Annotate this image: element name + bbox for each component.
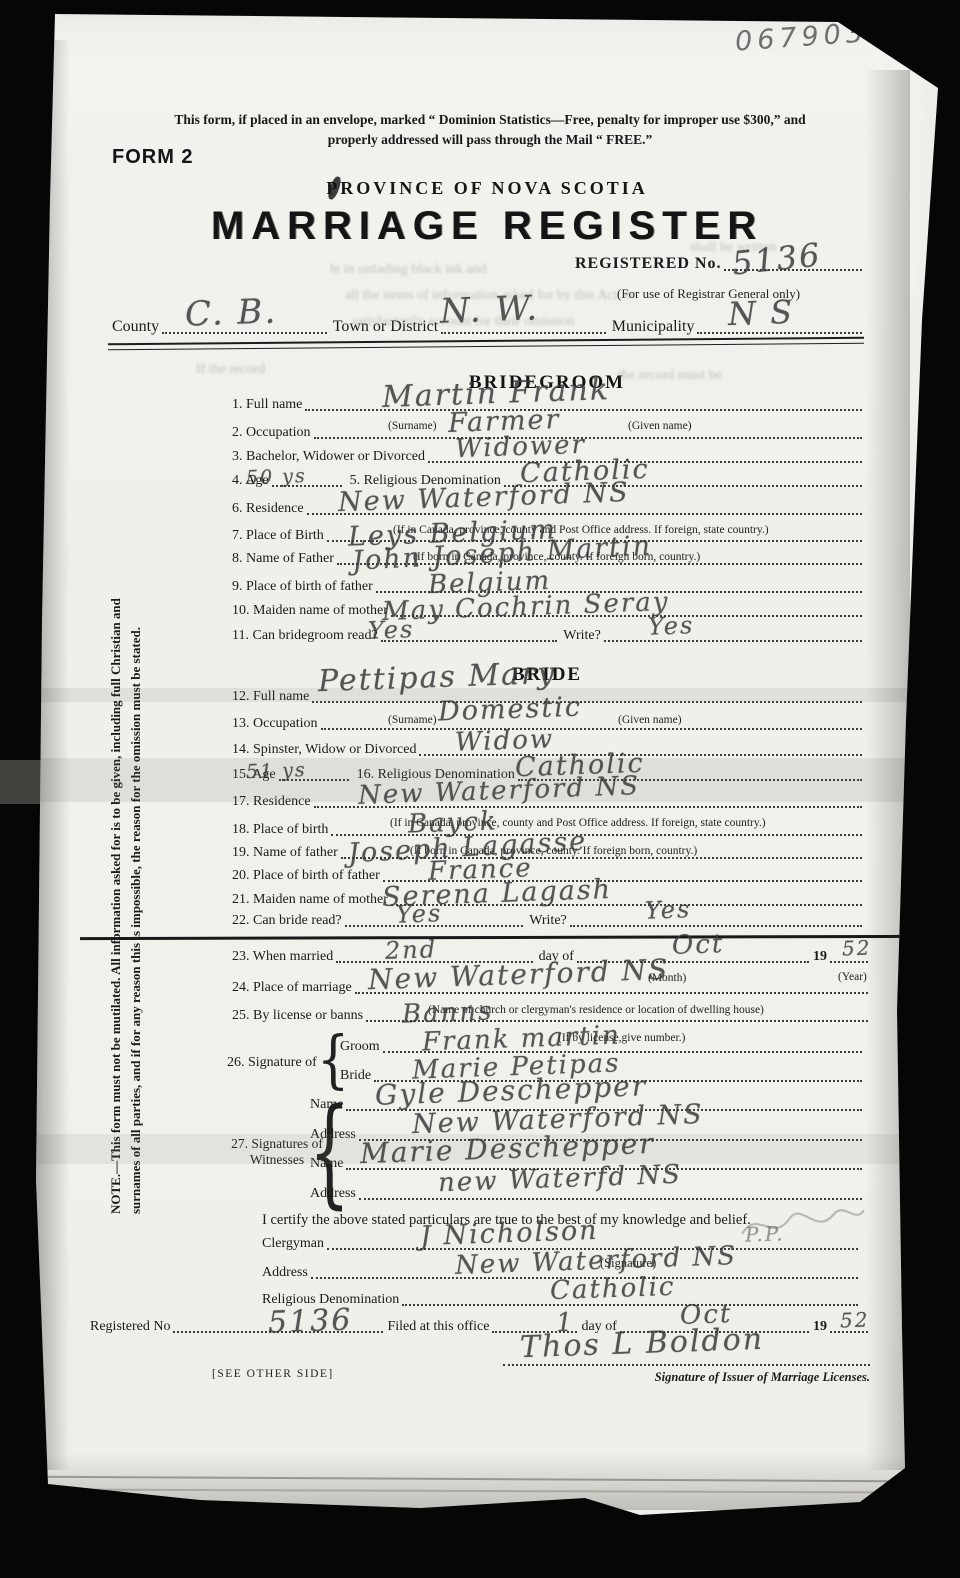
field-label: 13. Occupation bbox=[232, 716, 318, 732]
field-label: 19. Name of father bbox=[232, 845, 338, 861]
vertical-note: NOTE.—This form must not be mutilated. A… bbox=[106, 542, 146, 1214]
scan-artifact-band bbox=[0, 760, 46, 804]
fold-line bbox=[42, 1476, 902, 1483]
field-label: 20. Place of birth of father bbox=[232, 868, 380, 884]
dotted-line bbox=[503, 1364, 870, 1366]
page-edge-shadow bbox=[36, 40, 70, 1470]
field-label: 11. Can bridegroom read? bbox=[232, 628, 378, 644]
province-heading: PROVINCE OF NOVA SCOTIA bbox=[187, 178, 787, 199]
handwriting-clergyman-suffix: P.P. bbox=[745, 1221, 785, 1246]
handwriting-married-month: Oct bbox=[671, 929, 724, 961]
row-license-banns: 25. By license or banns bbox=[232, 1004, 868, 1024]
field-label: 25. By license or banns bbox=[232, 1008, 363, 1024]
handwriting-bride-occupation: Domestic bbox=[438, 691, 583, 727]
field-label: 8. Name of Father bbox=[232, 551, 334, 567]
handwriting-filed-year: 52 bbox=[840, 1307, 870, 1332]
dotted-line bbox=[604, 640, 862, 642]
section-divider-rule bbox=[80, 935, 908, 940]
municipality-label: Municipality bbox=[612, 318, 695, 336]
see-other-side: [SEE OTHER SIDE] bbox=[212, 1368, 334, 1380]
field-label: Address bbox=[310, 1127, 356, 1143]
mail-notice-line1: This form, if placed in an envelope, mar… bbox=[130, 110, 850, 130]
issuer-signature-label: Signature of Issuer of Marriage Licenses… bbox=[500, 1370, 870, 1385]
year-prefix: 19 bbox=[813, 949, 827, 965]
handwriting-groom-age: 50 ys bbox=[246, 465, 307, 489]
year-prefix: 19 bbox=[813, 1319, 827, 1335]
ghost-text: le in unfading black ink and bbox=[330, 262, 487, 278]
field-label: Write? bbox=[563, 628, 601, 644]
field-label: 18. Place of birth bbox=[232, 822, 328, 838]
row-groom-read-write: 11. Can bridegroom read? Write? bbox=[232, 624, 862, 644]
dotted-line bbox=[830, 961, 868, 963]
field-label: 1. Full name bbox=[232, 397, 302, 413]
handwriting-groom-write: Yes bbox=[648, 611, 695, 641]
field-label: 10. Maiden name of mother bbox=[232, 603, 388, 619]
field-label: Name bbox=[310, 1097, 343, 1113]
field-label: 12. Full name bbox=[232, 689, 309, 705]
dotted-line bbox=[570, 925, 862, 927]
double-rule bbox=[108, 337, 864, 351]
mail-notice: This form, if placed in an envelope, mar… bbox=[130, 110, 850, 149]
field-label: Address bbox=[262, 1265, 308, 1281]
field-label: 2. Occupation bbox=[232, 425, 311, 441]
field-label: Filed at this office bbox=[387, 1319, 489, 1335]
scanned-document-canvas: 067903 shall be written le in unfading b… bbox=[0, 0, 960, 1578]
dotted-line bbox=[312, 701, 862, 703]
vertical-note-line2: surnames of all parties, and if for any … bbox=[126, 542, 146, 1214]
field-label: 17. Residence bbox=[232, 794, 311, 810]
handwriting-bride-read: Yes bbox=[396, 899, 443, 929]
page-edge-shadow bbox=[866, 70, 910, 1470]
handwriting-clergy-denomination: Catholic bbox=[550, 1272, 676, 1306]
dotted-line bbox=[441, 332, 606, 334]
handwriting-bride-age: 51 ys bbox=[246, 759, 307, 783]
dotted-line bbox=[321, 728, 862, 730]
dotted-line bbox=[402, 1304, 858, 1306]
handwriting-bride-write: Yes bbox=[645, 895, 692, 925]
registered-no-label: REGISTERED No. bbox=[575, 255, 721, 273]
field-label: 14. Spinster, Widow or Divorced bbox=[232, 742, 416, 758]
handwriting-married-year: 52 bbox=[842, 935, 872, 960]
row-bride-read-write: 22. Can bride read? Write? bbox=[232, 909, 862, 929]
pencil-catalogue-number: 067903 bbox=[734, 17, 869, 57]
dotted-line bbox=[314, 437, 862, 439]
form-number: FORM 2 bbox=[112, 146, 194, 169]
field-label: Groom bbox=[340, 1039, 380, 1055]
field-label: 6. Residence bbox=[232, 501, 304, 517]
vertical-note-line1: NOTE.—This form must not be mutilated. A… bbox=[106, 542, 126, 1214]
field-label: 23. When married bbox=[232, 949, 333, 965]
handwriting-groom-read: Yes bbox=[368, 615, 415, 645]
field-label: 9. Place of birth of father bbox=[232, 579, 373, 595]
dotted-line bbox=[697, 332, 862, 334]
ghost-text: If the record bbox=[196, 362, 265, 378]
handwriting-district: N. W. bbox=[439, 288, 539, 331]
field-label: 3. Bachelor, Widower or Divorced bbox=[232, 449, 425, 465]
field-label: 22. Can bride read? bbox=[232, 913, 342, 929]
handwriting-registered-no-bottom: 5136 bbox=[267, 1303, 353, 1341]
county-label: County bbox=[112, 318, 159, 336]
field-label: Name bbox=[310, 1156, 343, 1172]
marriage-register-page: 067903 shall be written le in unfading b… bbox=[0, 0, 960, 1578]
handwriting-registered-no: 5136 bbox=[730, 235, 823, 282]
handwriting-municipality: N S bbox=[727, 293, 794, 333]
field-label: Clergyman bbox=[262, 1236, 324, 1252]
fold-line bbox=[62, 1489, 898, 1493]
field-label: 7. Place of Birth bbox=[232, 528, 324, 544]
field-label: 21. Maiden name of mother bbox=[232, 892, 388, 908]
ghost-text: the record must be bbox=[618, 368, 722, 384]
field-label: 24. Place of marriage bbox=[232, 980, 352, 996]
field-label: Write? bbox=[529, 913, 567, 929]
field-label: Address bbox=[310, 1186, 356, 1202]
field-label: Registered No bbox=[90, 1319, 170, 1335]
mail-notice-line2: properly addressed will pass through the… bbox=[130, 130, 850, 150]
label-signature-of: 26. Signature of bbox=[227, 1055, 317, 1071]
handwriting-county: C. B. bbox=[184, 291, 278, 334]
